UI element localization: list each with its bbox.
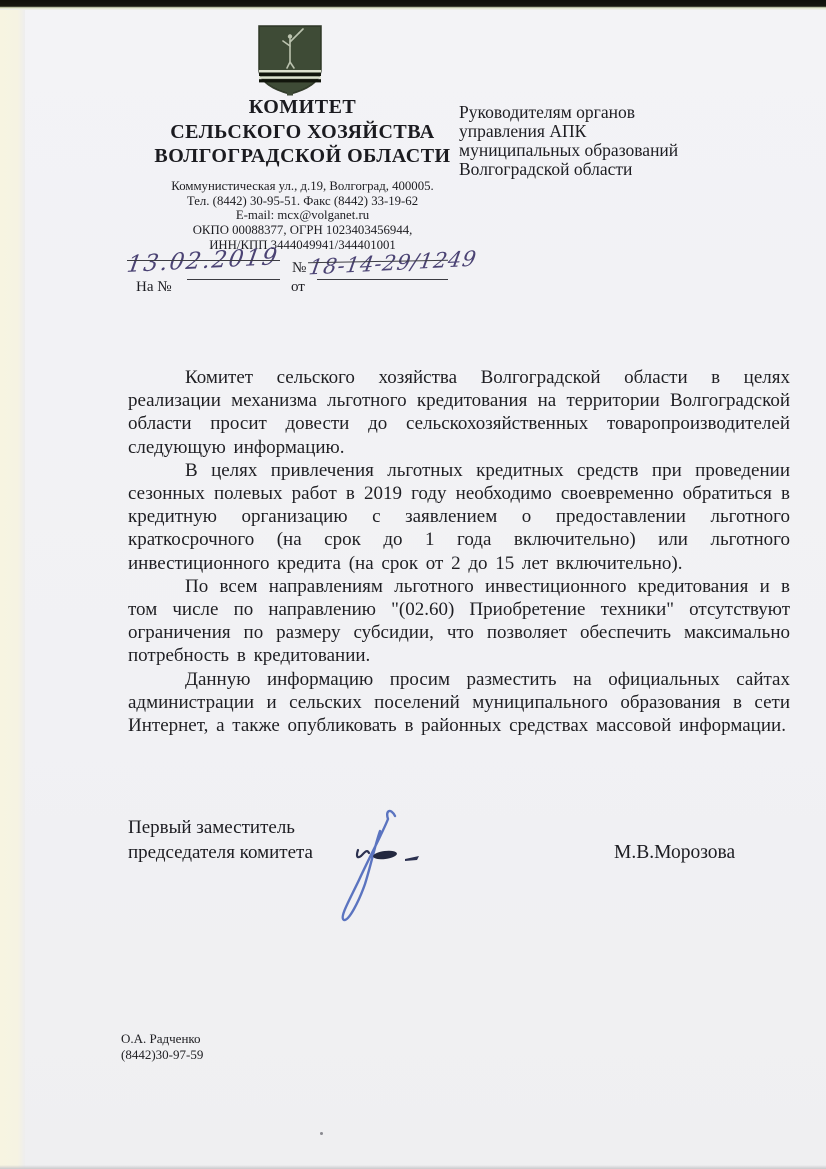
reply-to-label: На № <box>136 279 172 296</box>
recipient-block: Руководителям органов управления АПК мун… <box>459 103 779 179</box>
from-label: от <box>291 279 305 296</box>
contact-line: Коммунистическая ул., д.19, Волгоград, 4… <box>105 179 500 194</box>
sender-contact-block: Коммунистическая ул., д.19, Волгоград, 4… <box>105 179 500 253</box>
reply-date-blank-line <box>317 279 448 280</box>
signer-name: М.В.Морозова <box>614 842 735 864</box>
contact-line: Тел. (8442) 30-95-51. Факс (8442) 33-19-… <box>105 194 500 209</box>
scan-edge-top <box>0 0 826 10</box>
number-sign-label: № <box>292 260 306 277</box>
recipient-line: управления АПК <box>459 122 779 141</box>
recipient-line: муниципальных образований <box>459 141 779 160</box>
scanned-letter: КОМИТЕТ СЕЛЬСКОГО ХОЗЯЙСТВА ВОЛГОГРАДСКО… <box>0 0 826 1169</box>
volgograd-coat-of-arms-icon <box>257 24 323 96</box>
recipient-line: Волгоградской области <box>459 160 779 179</box>
signer-position: Первый заместитель председателя комитета <box>128 815 313 865</box>
paragraph: Комитет сельского хозяйства Волгоградско… <box>128 366 790 459</box>
paragraph: В целях привлечения льготных кредитных с… <box>128 459 790 575</box>
signer-position-line: председателя комитета <box>128 840 313 865</box>
reply-number-blank-line <box>187 279 280 280</box>
paragraph: Данную информацию просим разместить на о… <box>128 668 790 738</box>
signer-position-line: Первый заместитель <box>128 815 313 840</box>
executor-block: О.А. Радченко (8442)30-97-59 <box>121 1031 203 1062</box>
scan-edge-left <box>0 0 25 1169</box>
letter-body: Комитет сельского хозяйства Волгоградско… <box>128 366 790 737</box>
executor-name: О.А. Радченко <box>121 1031 203 1047</box>
recipient-line: Руководителям органов <box>459 103 779 122</box>
scan-speck <box>320 1132 323 1135</box>
scan-edge-bottom <box>0 1165 826 1169</box>
handwritten-signature-icon <box>315 800 445 945</box>
date-blank-line <box>127 260 280 261</box>
contact-line: ОКПО 00088377, ОГРН 1023403456944, <box>105 223 500 238</box>
org-line: ВОЛГОГРАДСКОЙ ОБЛАСТИ <box>105 144 500 169</box>
paragraph: По всем направлениям льготного инвестици… <box>128 575 790 668</box>
org-line: КОМИТЕТ <box>105 95 500 120</box>
executor-phone: (8442)30-97-59 <box>121 1047 203 1063</box>
sender-org-name: КОМИТЕТ СЕЛЬСКОГО ХОЗЯЙСТВА ВОЛГОГРАДСКО… <box>105 95 500 169</box>
contact-line: E-mail: mcx@volganet.ru <box>105 208 500 223</box>
org-line: СЕЛЬСКОГО ХОЗЯЙСТВА <box>105 120 500 145</box>
